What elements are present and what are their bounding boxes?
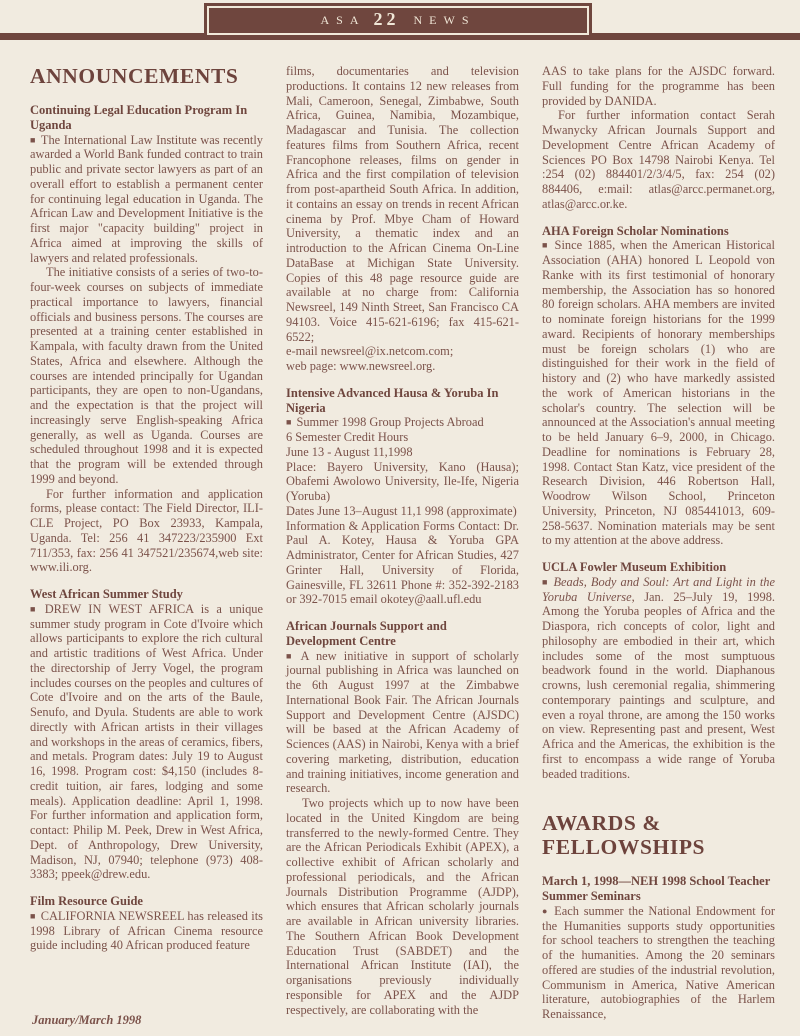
masthead-frame: ASA 22 NEWS [207, 6, 589, 35]
article-heading: African Journals Support and Development… [286, 619, 519, 649]
article-heading: Continuing Legal Education Program In Ug… [30, 103, 263, 133]
paragraph: ■The International Law Institute was rec… [30, 133, 263, 266]
paragraph: AAS to take plans for the AJSDC forward.… [542, 64, 775, 108]
text-line: web page: www.newsreel.org. [286, 359, 519, 374]
paragraph: For further information and application … [30, 487, 263, 576]
paragraph: ●Each summer the National Endowment for … [542, 904, 775, 1022]
section-title: ANNOUNCEMENTS [30, 64, 263, 88]
square-bullet-icon: ■ [286, 651, 296, 661]
article-heading: Film Resource Guide [30, 894, 263, 909]
paragraph: ■CALIFORNIA NEWSREEL has released its 19… [30, 909, 263, 953]
text-line: e-mail newsreel@ix.netcom.com; [286, 344, 519, 359]
paragraph: Two projects which up to now have been l… [286, 796, 519, 1017]
article-heading: West African Summer Study [30, 587, 263, 602]
square-bullet-icon: ■ [30, 604, 40, 614]
square-bullet-icon: ■ [542, 240, 550, 250]
circle-bullet-icon: ● [542, 906, 549, 916]
column-1: ANNOUNCEMENTSContinuing Legal Education … [30, 64, 263, 1022]
paragraph: Place: Bayero University, Kano (Hausa); … [286, 460, 519, 504]
paragraph: ■Beads, Body and Soul: Art and Light in … [542, 575, 775, 782]
article-heading: March 1, 1998—NEH 1998 School Teacher Su… [542, 874, 775, 904]
paragraph: ■Since 1885, when the American Historica… [542, 238, 775, 548]
paragraph: Dates June 13–August 11,1 998 (approxima… [286, 504, 519, 519]
square-bullet-icon: ■ [30, 911, 36, 921]
italic-exhibition-title: Beads, Body and Soul: Art and Light in t… [542, 575, 775, 604]
article-columns: ANNOUNCEMENTSContinuing Legal Education … [30, 64, 775, 1022]
masthead-issue-number: 22 [374, 9, 400, 30]
paragraph: The initiative consists of a series of t… [30, 265, 263, 486]
section-title: AWARDS & FELLOWSHIPS [542, 811, 775, 859]
column-3: AAS to take plans for the AJSDC forward.… [542, 64, 775, 1022]
text-line: June 13 - August 11,1998 [286, 445, 519, 460]
square-bullet-icon: ■ [542, 577, 548, 587]
masthead: ASA 22 NEWS [204, 3, 592, 38]
text-line: ■Summer 1998 Group Projects Abroad [286, 415, 519, 430]
issue-date-footer: January/March 1998 [32, 1013, 141, 1028]
article-heading: UCLA Fowler Museum Exhibition [542, 560, 775, 575]
square-bullet-icon: ■ [30, 135, 36, 145]
article-heading: AHA Foreign Scholar Nominations [542, 224, 775, 239]
text-line: 6 Semester Credit Hours [286, 430, 519, 445]
paragraph: ■A new initiative in support of scholarl… [286, 649, 519, 797]
square-bullet-icon: ■ [286, 417, 291, 427]
paragraph: Information & Application Forms Contact:… [286, 519, 519, 608]
article-heading: Intensive Advanced Hausa & Yoruba In Nig… [286, 386, 519, 416]
masthead-word-news: NEWS [414, 13, 476, 28]
newsletter-page: ASA 22 NEWS ANNOUNCEMENTSContinuing Lega… [0, 0, 800, 1036]
paragraph: For further information contact Serah Mw… [542, 108, 775, 211]
column-2: films, documentaries and television prod… [286, 64, 519, 1022]
paragraph: films, documentaries and television prod… [286, 64, 519, 344]
masthead-word-asa: ASA [320, 13, 365, 28]
paragraph: ■DREW IN WEST AFRICA is a unique summer … [30, 602, 263, 882]
